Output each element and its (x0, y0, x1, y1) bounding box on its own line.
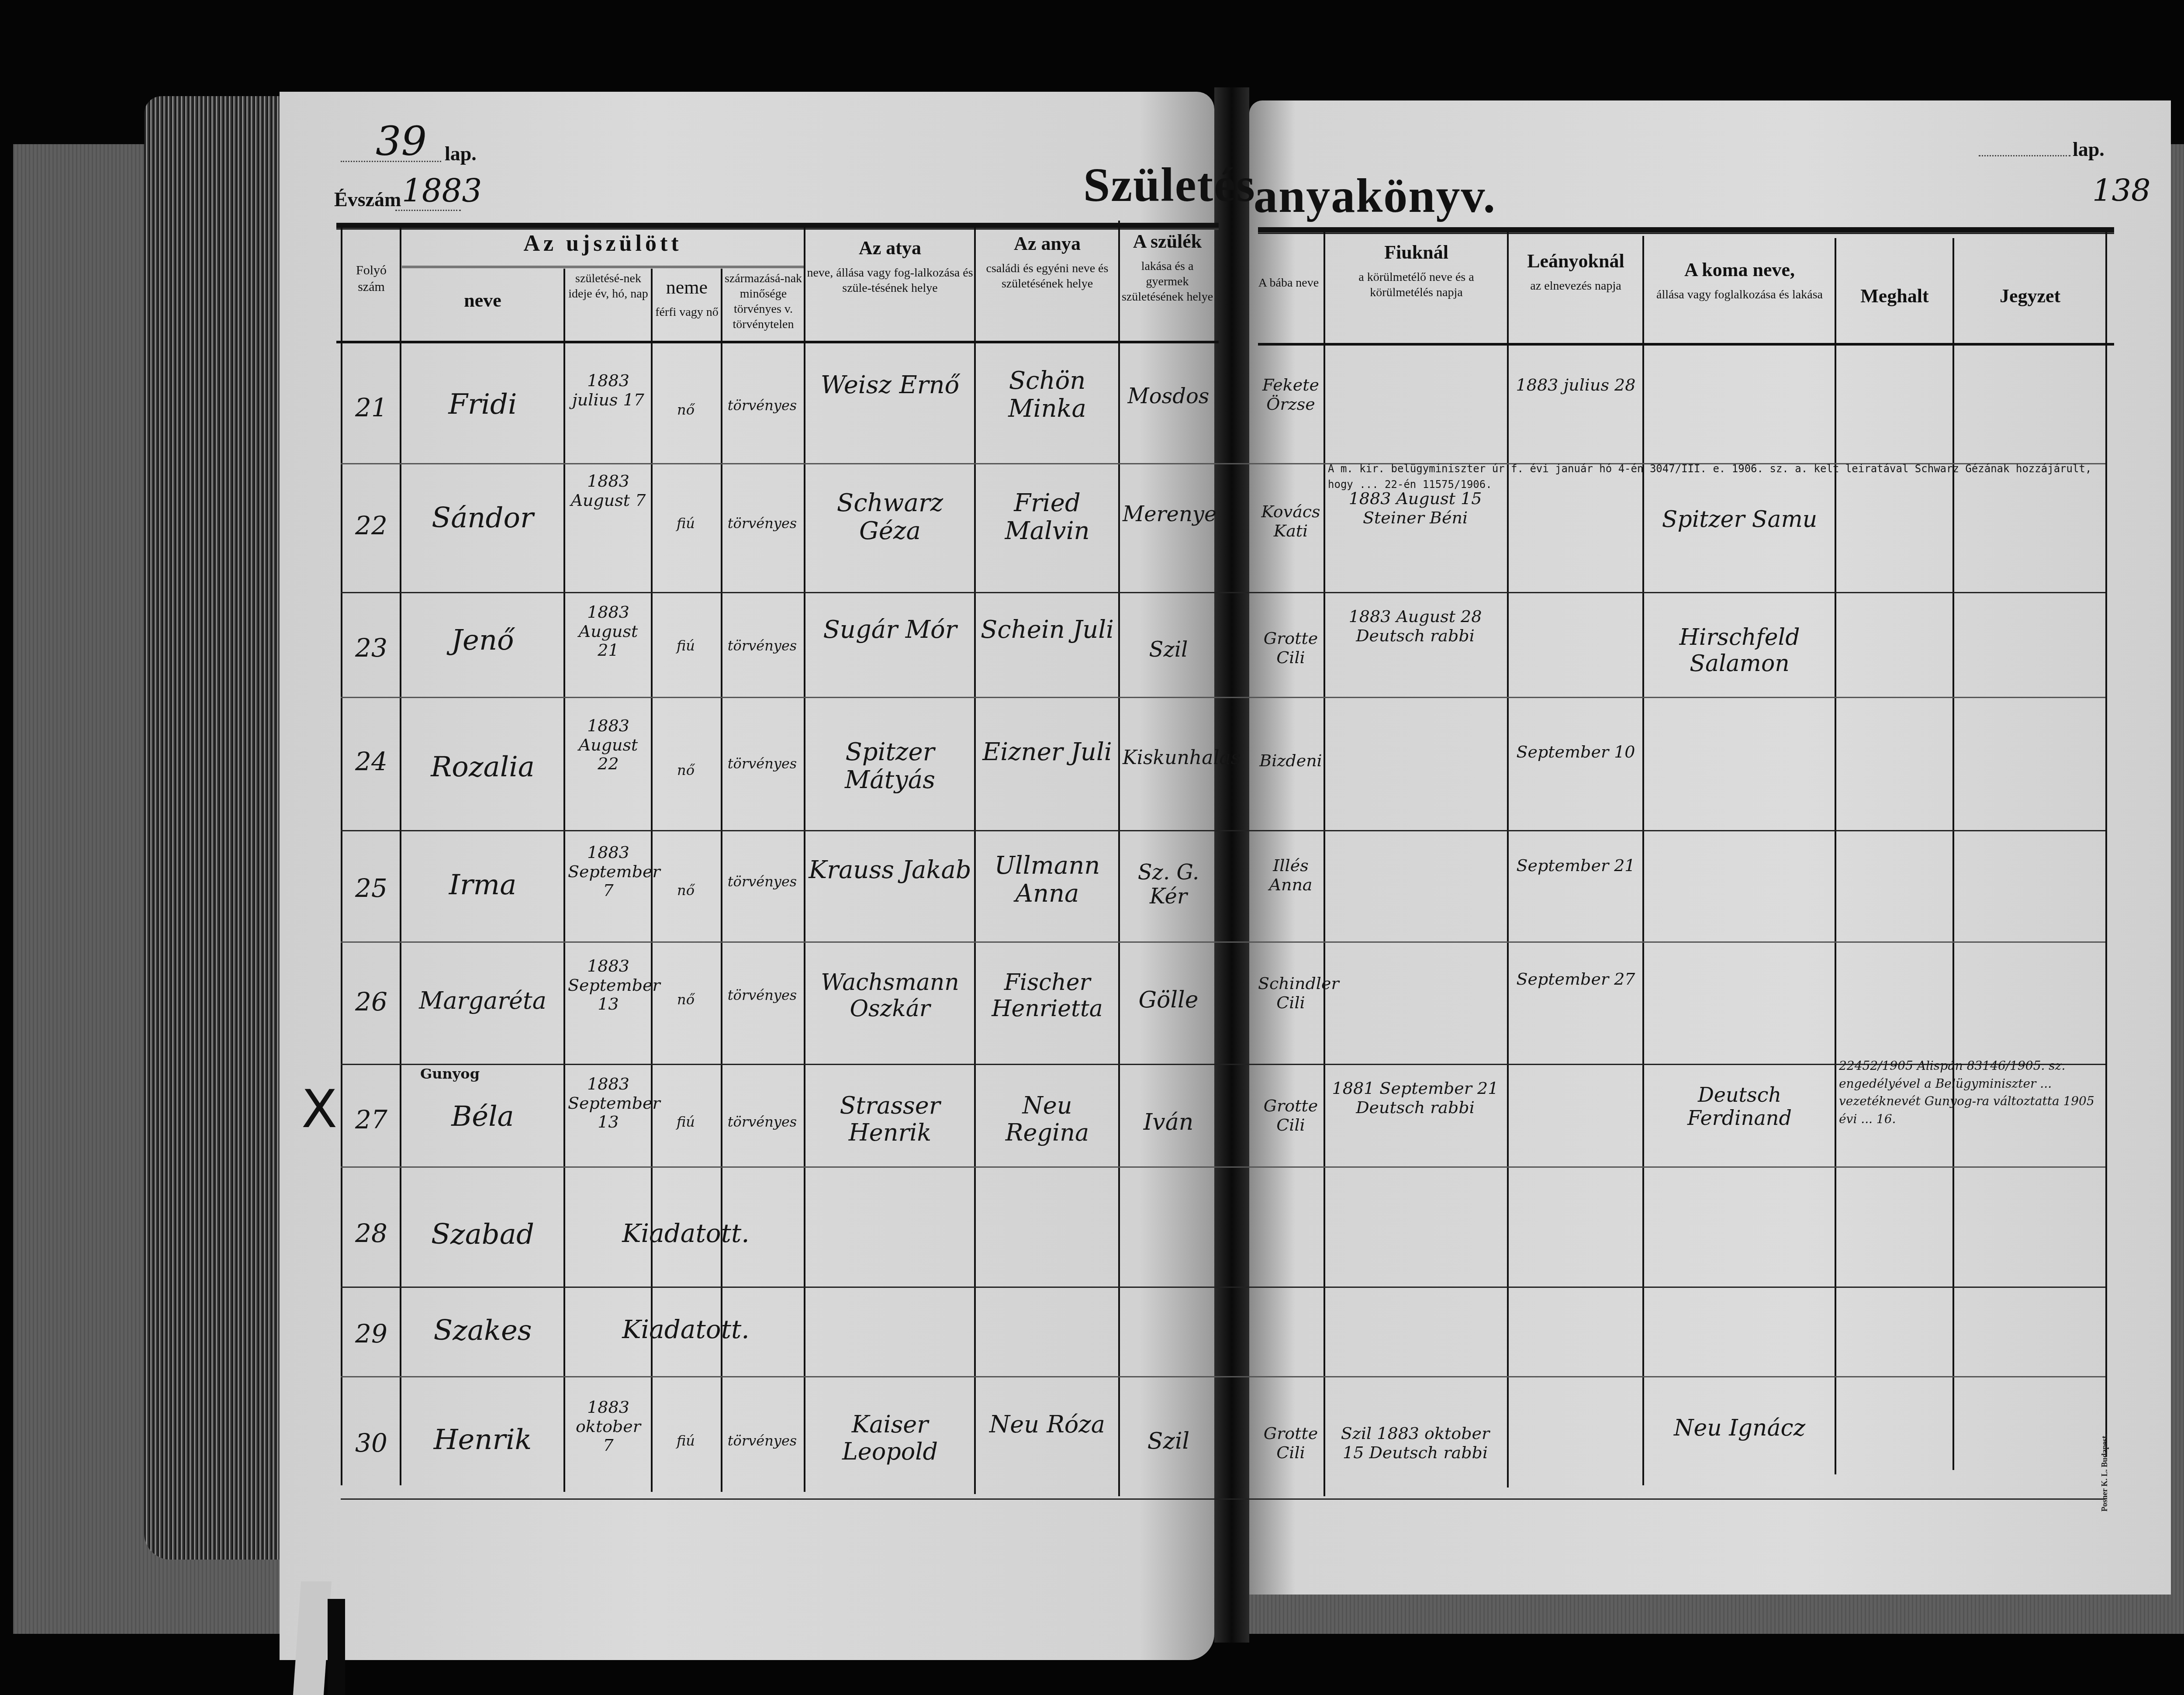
left-page-number: 39 (376, 118, 427, 165)
title-right: anyakönyv. (1254, 168, 1496, 224)
child-name: Irma (406, 869, 559, 902)
header-ujszulott: Az ujszülött (402, 229, 804, 258)
midwife: Grotte Cili (1258, 1097, 1324, 1135)
child-name: Béla (406, 1101, 559, 1133)
header-anya: Az anyacsaládi és egyéni neve és születé… (976, 232, 1118, 291)
midwife: Fekete Örzse (1258, 376, 1324, 414)
header-fiuknal: Fiuknála körülmetélő neve és a körülmeté… (1326, 240, 1507, 300)
left-page-label: lap. (445, 142, 477, 165)
sex: fiú (653, 1433, 719, 1449)
circumcision: Szil 1883 oktober 15 Deutsch rabbi (1328, 1424, 1503, 1462)
row-rule (341, 1498, 2105, 1500)
row-number: 29 (345, 1319, 397, 1349)
right-page-label: lap. (2073, 138, 2105, 161)
residence: Iván (1123, 1110, 1214, 1136)
year-value: 1883 (402, 173, 482, 209)
father: Weisz Ernő (808, 371, 972, 399)
col-line (1835, 238, 1836, 1474)
legitimacy: törvényes (723, 1433, 802, 1449)
row-rule (341, 1287, 2105, 1288)
child-name: Szakes (406, 1315, 559, 1347)
col-line (1952, 238, 1954, 1470)
header-neme: nemeférfi vagy nő (653, 275, 721, 320)
midwife: Grotte Cili (1258, 1424, 1324, 1462)
header-bottom-rule-left (336, 341, 1219, 343)
midwife: Grotte Cili (1258, 629, 1324, 667)
ujszulott-subrule (402, 266, 804, 268)
col-line (1324, 229, 1325, 1496)
legitimacy: törvényes (723, 987, 802, 1003)
residence: Szil (1123, 638, 1214, 662)
row-number: 30 (345, 1429, 397, 1458)
col-line (1507, 229, 1509, 1487)
header-meghalt: Meghalt (1837, 284, 1952, 313)
margin-page-number: 138 (2092, 173, 2151, 208)
row-number: 27 (345, 1105, 397, 1135)
row-rule (341, 1376, 2105, 1377)
col-line (563, 269, 565, 1492)
header-baba-neve: A bába neve (1254, 275, 1324, 291)
row-number: 28 (345, 1219, 397, 1248)
mother: Ullmann Anna (978, 852, 1116, 908)
header-jegyzet: Jegyzet (1955, 284, 2105, 313)
row-number: 22 (345, 511, 397, 540)
mother: Eizner Juli (978, 738, 1116, 766)
name-correction: Gunyog (406, 1066, 494, 1082)
father: Spitzer Mátyás (808, 738, 972, 795)
sex: nő (653, 992, 719, 1008)
header-folyo-szam: Folyó szám (343, 262, 400, 295)
book-gutter (1214, 87, 1249, 1643)
naming-date: 1883 julius 28 (1511, 376, 1640, 395)
midwife: Schindler Cili (1258, 974, 1324, 1012)
child-name: Jenő (406, 625, 559, 657)
mother: Neu Róza (978, 1411, 1116, 1438)
sex: nő (653, 402, 719, 418)
birth-date: 1883 August 21 (568, 603, 649, 660)
child-name: Szabad (406, 1219, 559, 1251)
father: Wachsmann Oszkár (808, 970, 972, 1022)
godparent: Hirschfeld Salamon (1647, 625, 1832, 677)
mother: Schein Juli (978, 616, 1116, 644)
note: 22452/1905 Alispán 83146/1905. sz. enged… (1839, 1057, 2105, 1128)
sex: nő (653, 882, 719, 899)
mother: Schön Minka (978, 367, 1116, 423)
right-page (1249, 100, 2171, 1595)
col-line (2105, 229, 2107, 1457)
residence: Mosdos (1123, 384, 1214, 408)
godparent: Deutsch Ferdinand (1647, 1083, 1832, 1130)
legitimacy: törvényes (723, 756, 802, 772)
midwife: Bizdeni (1258, 751, 1324, 771)
header-leanyoknal: Leányoknálaz elnevezés napja (1509, 249, 1642, 294)
residence: Sz. G. Kér (1123, 861, 1214, 909)
page-stack-edge (144, 96, 284, 1560)
child-name: Fridi (406, 389, 559, 421)
note: A m. kir. belügyminiszter úr f. évi janu… (1328, 461, 2092, 492)
legitimacy: törvényes (723, 515, 802, 532)
legitimacy: törvényes (723, 1114, 802, 1130)
row-rule (341, 941, 2105, 943)
year-label: Évszám (334, 188, 401, 211)
row-number: 25 (345, 874, 397, 903)
child-name: Rozalia (406, 751, 559, 784)
year-line (395, 210, 461, 211)
title-left: Születés (1083, 157, 1256, 213)
col-line (721, 269, 722, 1492)
col-line (400, 227, 401, 1485)
godparent: Spitzer Samu (1647, 507, 1832, 533)
father: Kaiser Leopold (808, 1411, 972, 1465)
status-issued: Kiadatott. (568, 1315, 804, 1344)
mother: Fried Malvin (978, 489, 1116, 546)
row-number: 23 (345, 633, 397, 663)
mother: Neu Regina (978, 1092, 1116, 1146)
naming-date: September 21 (1511, 856, 1640, 875)
birth-date: 1883 September 13 (568, 957, 649, 1014)
sex: fiú (653, 1114, 719, 1130)
residence: Kiskunhalas (1123, 747, 1214, 769)
header-koma: A koma neve,állása vagy foglalkozása és … (1645, 258, 1835, 302)
printer-imprint: Posner K. L. Budapest. (2100, 1415, 2109, 1512)
margin-cross-mark: X (301, 1079, 337, 1140)
header-neve: neve (402, 288, 563, 318)
circumcision: 1883 August 28 Deutsch rabbi (1328, 607, 1503, 645)
header-szuletes-ideje: születésé-nek ideje év, hó, nap (566, 271, 651, 301)
sex: nő (653, 762, 719, 778)
sex: fiú (653, 638, 719, 654)
father: Schwarz Géza (808, 489, 972, 546)
birth-date: 1883 August 22 (568, 716, 649, 774)
mother: Fischer Henrietta (978, 970, 1116, 1022)
header-szarmazas: származásá-nak minősége törvényes v. tör… (723, 271, 804, 332)
col-line (341, 227, 342, 1485)
row-number: 24 (345, 747, 397, 776)
circumcision: 1883 August 15 Steiner Béni (1328, 489, 1503, 527)
residence: Merenye (1123, 502, 1214, 526)
father: Sugár Mór (808, 616, 972, 644)
col-line (1642, 236, 1644, 1485)
table-top-rule-right (1258, 227, 2114, 234)
circumcision: 1881 September 21 Deutsch rabbi (1328, 1079, 1503, 1117)
father: Strasser Henrik (808, 1092, 972, 1146)
row-rule (341, 592, 2105, 593)
sex: fiú (653, 515, 719, 532)
row-number: 26 (345, 987, 397, 1017)
naming-date: September 10 (1511, 743, 1640, 762)
legitimacy: törvényes (723, 874, 802, 890)
birth-date: 1883 August 7 (568, 472, 649, 510)
col-line (804, 225, 805, 1492)
child-name: Margaréta (402, 987, 563, 1014)
row-rule (341, 697, 2105, 698)
row-rule (341, 830, 2105, 831)
birth-date: 1883 September 13 (568, 1075, 649, 1132)
page-number-line (341, 161, 441, 162)
naming-date: September 27 (1511, 970, 1640, 989)
midwife: Kovács Kati (1258, 502, 1324, 540)
col-line (974, 223, 976, 1494)
col-line (1118, 221, 1120, 1496)
child-name: Henrik (406, 1424, 559, 1456)
status-issued: Kiadatott. (568, 1219, 804, 1248)
header-atya: Az atyaneve, állása vagy fog-lalkozása é… (806, 236, 974, 296)
father: Krauss Jakab (808, 856, 972, 884)
legitimacy: törvényes (723, 398, 802, 414)
row-rule (341, 1166, 2105, 1168)
table-top-rule-left (336, 223, 1219, 230)
header-bottom-rule-right (1258, 343, 2114, 346)
godparent: Neu Ignácz (1647, 1415, 1832, 1442)
residence: Szil (1123, 1429, 1214, 1455)
birth-date: 1883 oktober 7 (568, 1398, 649, 1455)
child-name: Sándor (406, 502, 559, 535)
header-szulek: A szüléklakása és a gyermek születésének… (1120, 229, 1214, 304)
bookmark-ribbon-shadow (328, 1599, 345, 1695)
legitimacy: törvényes (723, 638, 802, 654)
residence: Gölle (1123, 987, 1214, 1014)
birth-date: 1883 September 7 (568, 843, 649, 900)
birth-date: 1883 julius 17 (568, 371, 649, 409)
midwife: Illés Anna (1258, 856, 1324, 894)
right-page-number-line (1979, 155, 2070, 156)
row-number: 21 (345, 393, 397, 422)
